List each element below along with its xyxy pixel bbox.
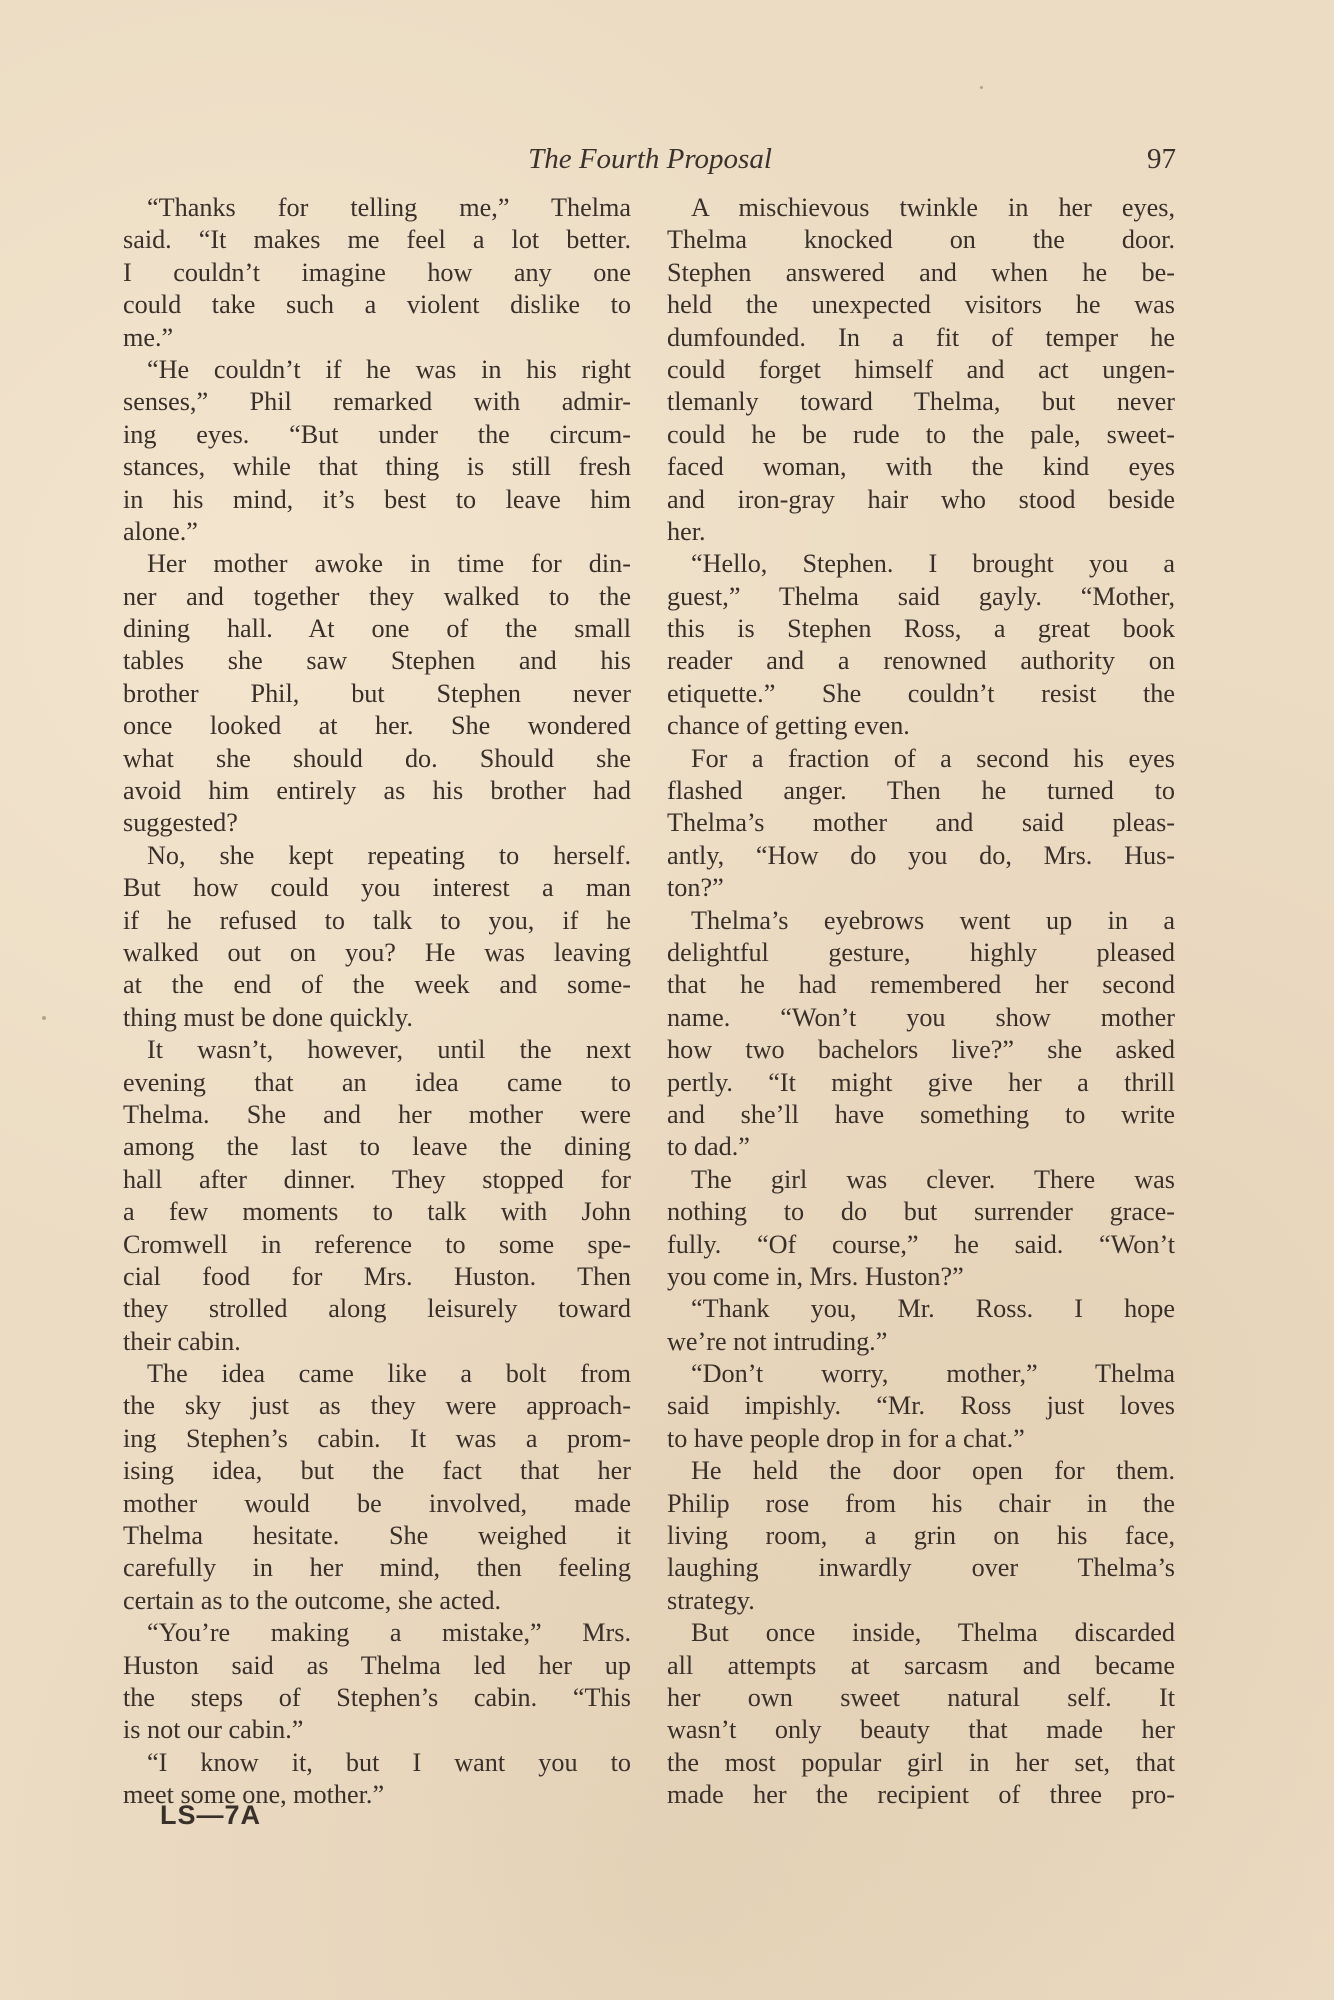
text-line: their cabin.	[123, 1326, 631, 1358]
text-line: ing eyes. “But under the circum-	[123, 419, 631, 451]
text-line: they strolled along leisurely toward	[123, 1293, 631, 1325]
text-line: A mischievous twinkle in her eyes,	[667, 192, 1175, 224]
text-line: a few moments to talk with John	[123, 1196, 631, 1228]
text-line: all attempts at sarcasm and became	[667, 1650, 1175, 1682]
text-line: But how could you interest a man	[123, 872, 631, 904]
text-line: to dad.”	[667, 1131, 1175, 1163]
text-line: this is Stephen Ross, a great book	[667, 613, 1175, 645]
text-line: ton?”	[667, 872, 1175, 904]
book-page: The Fourth Proposal 97 “Thanks for telli…	[0, 0, 1334, 2000]
left-text-column: “Thanks for telling me,” Thelmasaid. “It…	[123, 192, 631, 1812]
text-line: you come in, Mrs. Huston?”	[667, 1261, 1175, 1293]
text-line: stances, while that thing is still fresh	[123, 451, 631, 483]
text-line: the most popular girl in her set, that	[667, 1747, 1175, 1779]
text-line: faced woman, with the kind eyes	[667, 451, 1175, 483]
text-line: name. “Won’t you show mother	[667, 1002, 1175, 1034]
text-line: The girl was clever. There was	[667, 1164, 1175, 1196]
signature-mark: LS—7A	[160, 1800, 261, 1831]
text-line: nothing to do but surrender grace-	[667, 1196, 1175, 1228]
text-line: brother Phil, but Stephen never	[123, 678, 631, 710]
text-line: pertly. “It might give her a thrill	[667, 1067, 1175, 1099]
text-line: said impishly. “Mr. Ross just loves	[667, 1390, 1175, 1422]
text-line: strategy.	[667, 1585, 1175, 1617]
text-line: is not our cabin.”	[123, 1714, 631, 1746]
text-line: could forget himself and act ungen-	[667, 354, 1175, 386]
text-line: Thelma’s eyebrows went up in a	[667, 905, 1175, 937]
text-line: evening that an idea came to	[123, 1067, 631, 1099]
text-line: The idea came like a bolt from	[123, 1358, 631, 1390]
text-line: thing must be done quickly.	[123, 1002, 631, 1034]
text-line: Stephen answered and when he be-	[667, 257, 1175, 289]
text-line: dining hall. At one of the small	[123, 613, 631, 645]
text-line: Philip rose from his chair in the	[667, 1488, 1175, 1520]
text-line: in his mind, it’s best to leave him	[123, 484, 631, 516]
text-line: me.”	[123, 322, 631, 354]
text-line: living room, a grin on his face,	[667, 1520, 1175, 1552]
text-line: mother would be involved, made	[123, 1488, 631, 1520]
text-line: tables she saw Stephen and his	[123, 645, 631, 677]
paper-speck	[42, 1016, 46, 1020]
text-line: It wasn’t, however, until the next	[123, 1034, 631, 1066]
text-line: reader and a renowned authority on	[667, 645, 1175, 677]
text-line: “You’re making a mistake,” Mrs.	[123, 1617, 631, 1649]
text-line: “He couldn’t if he was in his right	[123, 354, 631, 386]
text-line: her own sweet natural self. It	[667, 1682, 1175, 1714]
text-line: For a fraction of a second his eyes	[667, 743, 1175, 775]
text-line: made her the recipient of three pro-	[667, 1779, 1175, 1811]
text-line: He held the door open for them.	[667, 1455, 1175, 1487]
text-line: and she’ll have something to write	[667, 1099, 1175, 1131]
text-line: said. “It makes me feel a lot better.	[123, 224, 631, 256]
text-line: hall after dinner. They stopped for	[123, 1164, 631, 1196]
text-line: guest,” Thelma said gayly. “Mother,	[667, 581, 1175, 613]
text-line: the steps of Stephen’s cabin. “This	[123, 1682, 631, 1714]
page-number: 97	[1147, 143, 1176, 176]
text-line: fully. “Of course,” he said. “Won’t	[667, 1229, 1175, 1261]
text-line: held the unexpected visitors he was	[667, 289, 1175, 321]
text-line: Thelma knocked on the door.	[667, 224, 1175, 256]
text-line: “Thanks for telling me,” Thelma	[123, 192, 631, 224]
text-line: “Don’t worry, mother,” Thelma	[667, 1358, 1175, 1390]
text-line: But once inside, Thelma discarded	[667, 1617, 1175, 1649]
text-line: what she should do. Should she	[123, 743, 631, 775]
text-line: senses,” Phil remarked with admir-	[123, 386, 631, 418]
text-line: ing Stephen’s cabin. It was a prom-	[123, 1423, 631, 1455]
text-line: Her mother awoke in time for din-	[123, 548, 631, 580]
text-line: cial food for Mrs. Huston. Then	[123, 1261, 631, 1293]
text-line: chance of getting even.	[667, 710, 1175, 742]
text-line: Thelma’s mother and said pleas-	[667, 807, 1175, 839]
text-line: Huston said as Thelma led her up	[123, 1650, 631, 1682]
text-line: ner and together they walked to the	[123, 581, 631, 613]
text-line: that he had remembered her second	[667, 969, 1175, 1001]
text-line: dumfounded. In a fit of temper he	[667, 322, 1175, 354]
text-line: “I know it, but I want you to	[123, 1747, 631, 1779]
text-line: walked out on you? He was leaving	[123, 937, 631, 969]
text-line: avoid him entirely as his brother had	[123, 775, 631, 807]
text-line: tlemanly toward Thelma, but never	[667, 386, 1175, 418]
text-line: if he refused to talk to you, if he	[123, 905, 631, 937]
text-line: Thelma hesitate. She weighed it	[123, 1520, 631, 1552]
paper-speck	[980, 86, 983, 89]
right-text-column: A mischievous twinkle in her eyes,Thelma…	[667, 192, 1175, 1812]
text-line: among the last to leave the dining	[123, 1131, 631, 1163]
text-line: the sky just as they were approach-	[123, 1390, 631, 1422]
text-line: her.	[667, 516, 1175, 548]
text-line: “Thank you, Mr. Ross. I hope	[667, 1293, 1175, 1325]
text-line: suggested?	[123, 807, 631, 839]
text-line: alone.”	[123, 516, 631, 548]
text-line: to have people drop in for a chat.”	[667, 1423, 1175, 1455]
text-line: carefully in her mind, then feeling	[123, 1552, 631, 1584]
text-line: Thelma. She and her mother were	[123, 1099, 631, 1131]
text-line: at the end of the week and some-	[123, 969, 631, 1001]
text-line: how two bachelors live?” she asked	[667, 1034, 1175, 1066]
text-line: could take such a violent dislike to	[123, 289, 631, 321]
text-line: “Hello, Stephen. I brought you a	[667, 548, 1175, 580]
text-line: could he be rude to the pale, sweet-	[667, 419, 1175, 451]
text-line: laughing inwardly over Thelma’s	[667, 1552, 1175, 1584]
text-line: Cromwell in reference to some spe-	[123, 1229, 631, 1261]
text-line: delightful gesture, highly pleased	[667, 937, 1175, 969]
text-line: I couldn’t imagine how any one	[123, 257, 631, 289]
text-line: antly, “How do you do, Mrs. Hus-	[667, 840, 1175, 872]
text-line: once looked at her. She wondered	[123, 710, 631, 742]
text-line: we’re not intruding.”	[667, 1326, 1175, 1358]
text-line: certain as to the outcome, she acted.	[123, 1585, 631, 1617]
running-title: The Fourth Proposal	[124, 143, 1176, 176]
text-line: flashed anger. Then he turned to	[667, 775, 1175, 807]
text-line: etiquette.” She couldn’t resist the	[667, 678, 1175, 710]
running-head: The Fourth Proposal 97	[124, 143, 1176, 183]
text-line: No, she kept repeating to herself.	[123, 840, 631, 872]
text-line: ising idea, but the fact that her	[123, 1455, 631, 1487]
text-line: and iron-gray hair who stood beside	[667, 484, 1175, 516]
text-line: wasn’t only beauty that made her	[667, 1714, 1175, 1746]
